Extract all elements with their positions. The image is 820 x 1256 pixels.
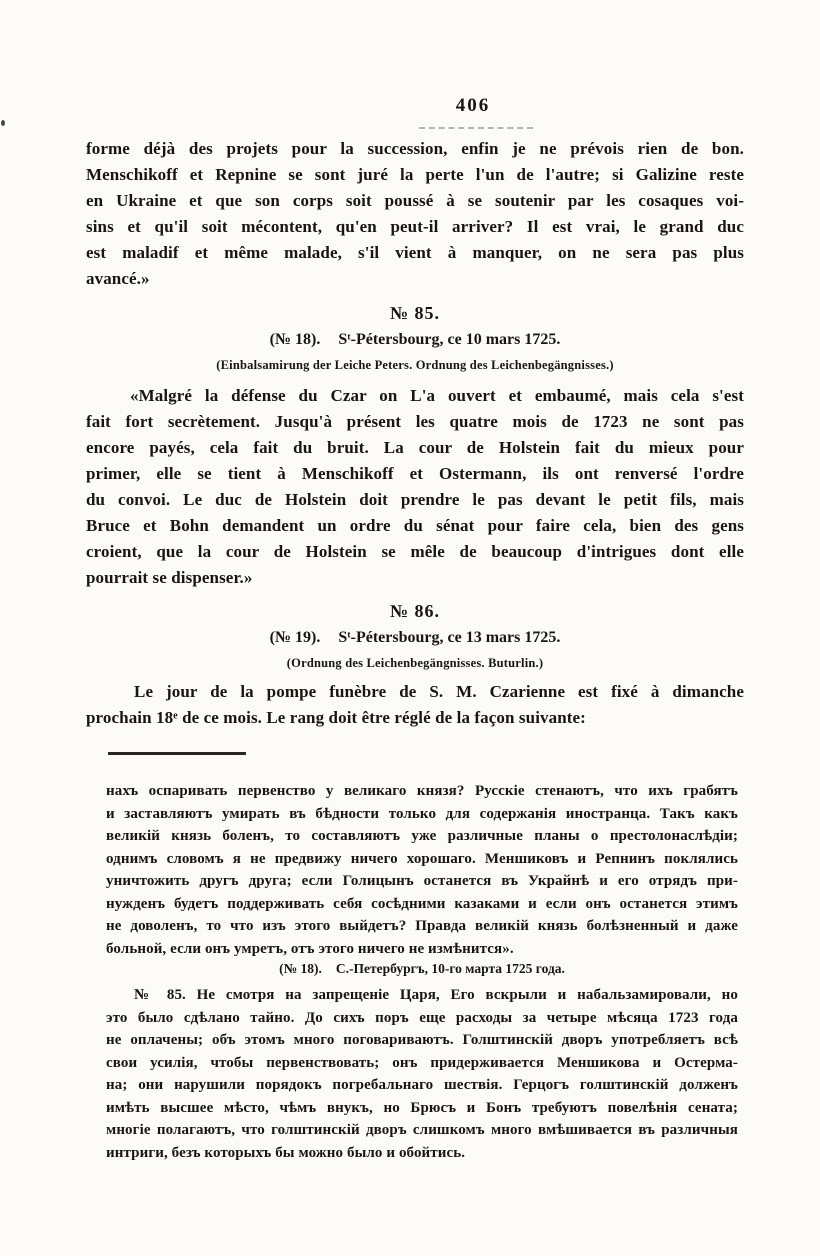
text-line: avancé.»	[86, 266, 744, 292]
text-line: не доволенъ, то что изъ этого выйдетъ? П…	[106, 915, 738, 938]
text-line: forme déjà des projets pour la successio…	[86, 136, 744, 162]
text-line: du convoi. Le duc de Holstein doit prend…	[86, 487, 744, 513]
footnote-separator-rule	[108, 752, 246, 755]
text-line: больной, если онъ умретъ, отъ этого ниче…	[106, 938, 738, 961]
text-line: многіе полагаютъ, что голштинскій дворъ …	[106, 1119, 738, 1142]
text-line: однимъ словомъ я не предвижу ничего хоро…	[106, 848, 738, 871]
text-line: primer, elle se tient à Menschikoff et O…	[86, 461, 744, 487]
text-line: уничтожить другъ друга; если Голицынъ ос…	[106, 870, 738, 893]
footnote-continuation: нахъ оспаривать первенство у великаго кн…	[106, 780, 738, 960]
entry-86-dateline-ref: (№ 19).	[270, 629, 321, 647]
text-line: нахъ оспаривать первенство у великаго кн…	[106, 780, 738, 803]
text-line: Bruce et Bohn demandent un ordre du séna…	[86, 513, 744, 539]
entry-86-dateline-place: Sᵗ-Pétersbourg, ce 13 mars 1725.	[338, 629, 560, 647]
scanned-book-page: 406 forme déjà des projets pour la succe…	[0, 0, 820, 1256]
text-line: это было сдѣлано тайно. До сихъ поръ еще…	[106, 1007, 738, 1030]
text-line: en Ukraine et que son corps soit poussé …	[86, 188, 744, 214]
footnote-dateline-place: С.-Петербургъ, 10-го марта 1725 года.	[336, 961, 565, 977]
continuation-paragraph: forme déjà des projets pour la successio…	[86, 136, 744, 292]
footnote-note-85: № 85. Не смотря на запрещеніе Царя, Его …	[106, 984, 738, 1164]
text-line: «Malgré la défense du Czar on L'a ouvert…	[86, 383, 744, 409]
text-line: № 85. Не смотря на запрещеніе Царя, Его …	[106, 984, 738, 1007]
text-line: fait fort secrètement. Jusqu'à présent l…	[86, 409, 744, 435]
text-line: Le jour de la pompe funèbre de S. M. Cza…	[86, 679, 744, 705]
entry-85-heading: № 85.	[86, 303, 744, 324]
entry-86-body: Le jour de la pompe funèbre de S. M. Cza…	[86, 679, 744, 731]
text-line: encore payés, cela fait du bruit. La cou…	[86, 435, 744, 461]
entry-85-dateline: (№ 18). Sᵗ-Pétersbourg, ce 10 mars 1725.	[86, 331, 744, 349]
text-line: sins et qu'il soit mécontent, qu'en peut…	[86, 214, 744, 240]
entry-86-subject: (Ordnung des Leichenbegängnisses. Buturl…	[86, 656, 744, 671]
entry-85-dateline-place: Sᵗ-Pétersbourg, ce 10 mars 1725.	[338, 331, 560, 349]
entry-86-heading: № 86.	[86, 601, 744, 622]
text-line: интриги, безъ которыхъ бы можно было и о…	[106, 1142, 738, 1165]
text-line: croient, que la cour de Holstein se mêle…	[86, 539, 744, 565]
scan-artifact-speck	[1, 120, 5, 126]
footnote-dateline-ref: (№ 18).	[279, 961, 322, 977]
footnote-dateline: (№ 18). С.-Петербургъ, 10-го марта 1725 …	[106, 961, 738, 977]
text-line: не оплачены; объ этомъ много поговариваю…	[106, 1029, 738, 1052]
text-line: prochain 18ᵉ de ce mois. Le rang doit êt…	[86, 705, 744, 731]
entry-86-dateline: (№ 19). Sᵗ-Pétersbourg, ce 13 mars 1725.	[86, 629, 744, 647]
page-number: 406	[430, 95, 516, 117]
text-line: на; они нарушили порядокъ погребальнаго …	[106, 1074, 738, 1097]
text-line: Menschikoff et Repnine se sont juré la p…	[86, 162, 744, 188]
page-number-underline	[419, 127, 533, 129]
text-line: имѣть высшее мѣсто, чѣмъ внукъ, но Брюсъ…	[106, 1097, 738, 1120]
entry-85-dateline-ref: (№ 18).	[270, 331, 321, 349]
text-line: свои усилія, чтобы первенствовать; онъ п…	[106, 1052, 738, 1075]
entry-85-body: «Malgré la défense du Czar on L'a ouvert…	[86, 383, 744, 591]
text-line: pourrait se dispenser.»	[86, 565, 744, 591]
entry-85-subject: (Einbalsamirung der Leiche Peters. Ordnu…	[86, 358, 744, 373]
text-line: нужденъ будетъ поддерживать себя сосѣдни…	[106, 893, 738, 916]
text-line: и заставляютъ умирать въ бѣдности только…	[106, 803, 738, 826]
text-line: великій князь боленъ, то составляютъ уже…	[106, 825, 738, 848]
text-line: est maladif et même malade, s'il vient à…	[86, 240, 744, 266]
